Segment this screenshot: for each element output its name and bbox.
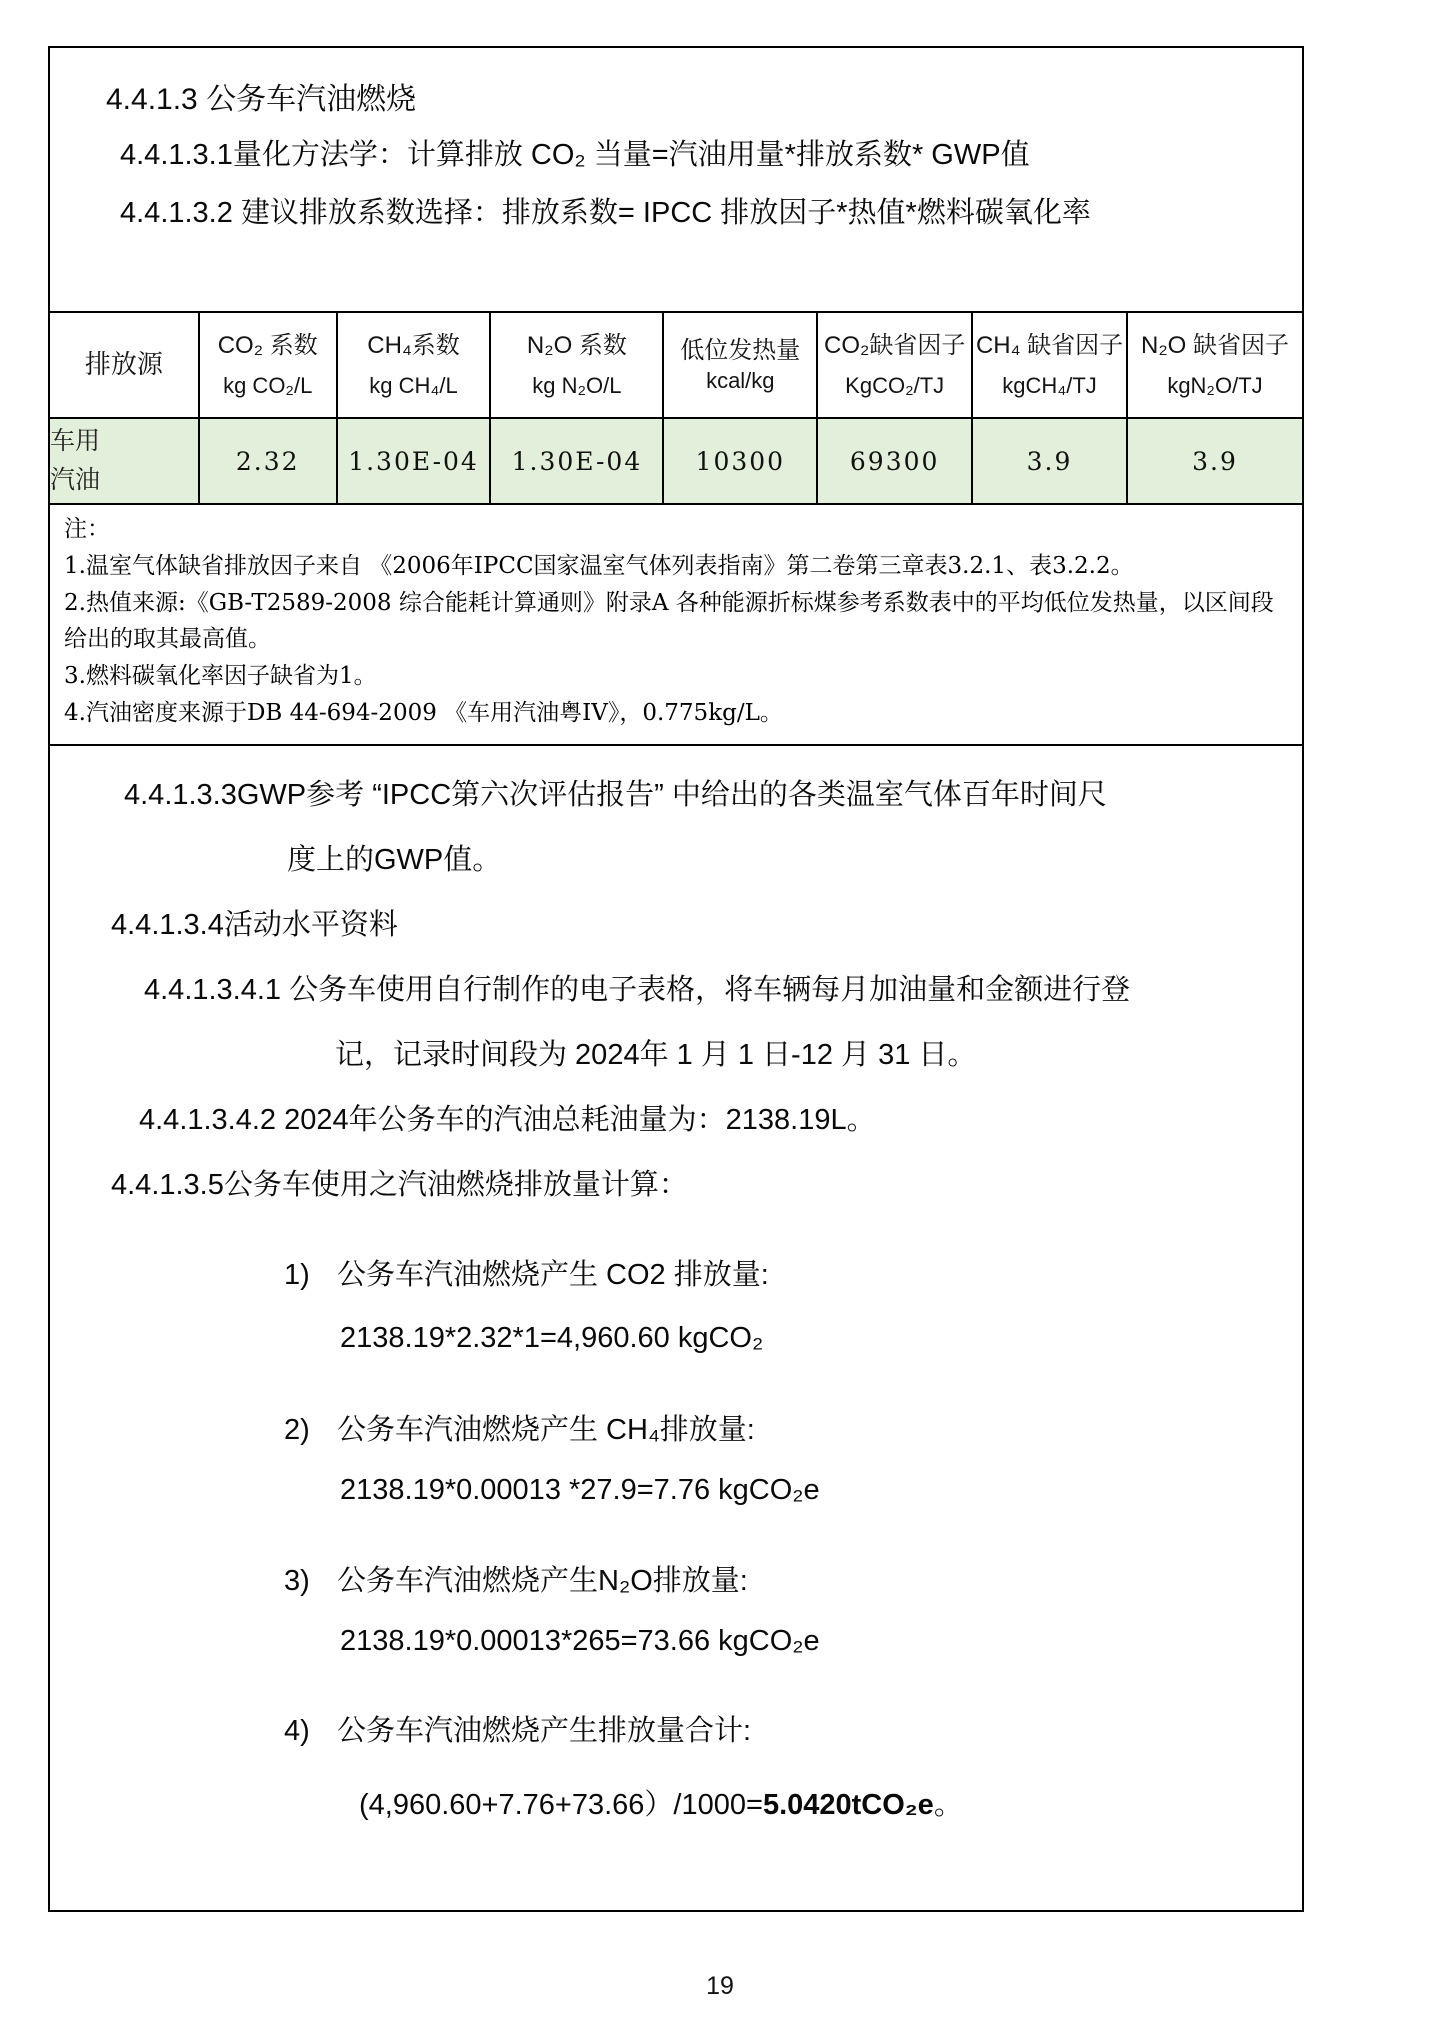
col-unit: kcal/kg — [666, 369, 814, 393]
note-item-3: 3.燃料碳氧化率因子缺省为1。 — [64, 658, 1288, 695]
calc-item-2: 2)公务车汽油燃烧产生 CH₄排放量: — [284, 1407, 755, 1448]
col-name: CH₄系数 — [340, 332, 488, 361]
table-notes-row: 注： 1.温室气体缺省排放因子来自 《2006年IPCC国家温室气体列表指南》第… — [49, 504, 1303, 745]
source-line1: 车用 — [50, 422, 198, 461]
cell-n2o-factor: 1.30E-04 — [490, 418, 663, 504]
col-header-co2-default: CO₂缺省因子 KgCO₂/TJ — [817, 312, 972, 418]
col-header-n2o-factor: N₂O 系数 kg N₂O/L — [490, 312, 663, 418]
col-unit: kg CH₄/L — [340, 374, 488, 398]
section-heading-44132: 4.4.1.3.2 建议排放系数选择：排放系数= IPCC 排放因子*热值*燃料… — [120, 190, 1091, 231]
total-formula-suffix: 。 — [934, 1789, 963, 1821]
notes-label: 注： — [64, 511, 1288, 548]
cell-co2-factor: 2.32 — [199, 418, 337, 504]
paragraph-441341-line2: 记，记录时间段为 2024年 1 月 1 日-12 月 31 日。 — [335, 1032, 976, 1073]
notes-cell: 注： 1.温室气体缺省排放因子来自 《2006年IPCC国家温室气体列表指南》第… — [49, 504, 1303, 745]
col-name: CH₄ 缺省因子 — [975, 332, 1124, 361]
calc-item-4-formula: (4,960.60+7.76+73.66）/1000=5.0420tCO₂e。 — [359, 1782, 963, 1823]
section-heading-44135: 4.4.1.3.5公务车使用之汽油燃烧排放量计算： — [111, 1162, 688, 1203]
section-heading-4413: 4.4.1.3 公务车汽油燃烧 — [106, 74, 416, 118]
cell-ch4-factor: 1.30E-04 — [337, 418, 491, 504]
total-emissions-value: 5.0420tCO₂e — [763, 1789, 934, 1821]
paragraph-44133-line1: 4.4.1.3.3GWP参考 “IPCC第六次评估报告” 中给出的各类温室气体百… — [124, 772, 1107, 813]
paragraph-441341-line1: 4.4.1.3.4.1 公务车使用自行制作的电子表格，将车辆每月加油量和金额进行… — [144, 967, 1130, 1008]
col-name: 低位发热量 — [666, 337, 814, 366]
table-row-vehicle-gasoline: 车用 汽油 2.32 1.30E-04 1.30E-04 10300 69300… — [49, 418, 1303, 504]
cell-n2o-default: 3.9 — [1127, 418, 1303, 504]
note-item-2: 2.热值来源:《GB-T2589-2008 综合能耗计算通则》附录A 各种能源折… — [64, 585, 1288, 659]
col-header-emission-source: 排放源 — [49, 312, 199, 418]
col-name: 排放源 — [52, 349, 196, 380]
cell-heating-value: 10300 — [663, 418, 817, 504]
col-unit: kgCH₄/TJ — [975, 374, 1124, 398]
calc-item-2-title: 公务车汽油燃烧产生 CH₄排放量: — [337, 1414, 755, 1446]
paragraph-441342: 4.4.1.3.4.2 2024年公务车的汽油总耗油量为：2138.19L。 — [139, 1097, 876, 1138]
calc-item-3-formula: 2138.19*0.00013*265=73.66 kgCO₂e — [340, 1625, 820, 1658]
content-border-box: 4.4.1.3 公务车汽油燃烧 4.4.1.3.1量化方法学：计算排放 CO₂ … — [48, 46, 1304, 1912]
note-item-4: 4.汽油密度来源于DB 44-694-2009 《车用汽油粤IV》，0.775k… — [64, 695, 1288, 732]
col-unit: kgN₂O/TJ — [1130, 374, 1300, 398]
calc-item-1: 1)公务车汽油燃烧产生 CO2 排放量: — [284, 1252, 769, 1293]
calc-item-4-title: 公务车汽油燃烧产生排放量合计: — [337, 1715, 751, 1747]
col-unit: KgCO₂/TJ — [820, 374, 969, 398]
emission-factors-table: 排放源 CO₂ 系数 kg CO₂/L CH₄系数 kg CH₄/L N₂O 系… — [48, 311, 1304, 746]
col-name: CO₂缺省因子 — [820, 332, 969, 361]
calc-item-2-number: 2) — [284, 1414, 337, 1447]
document-page: 4.4.1.3 公务车汽油燃烧 4.4.1.3.1量化方法学：计算排放 CO₂ … — [0, 0, 1440, 2036]
col-unit: kg CO₂/L — [202, 374, 334, 398]
source-line2: 汽油 — [50, 461, 198, 500]
section-heading-44134: 4.4.1.3.4活动水平资料 — [111, 902, 398, 943]
calc-item-4: 4)公务车汽油燃烧产生排放量合计: — [284, 1708, 751, 1749]
page-number: 19 — [0, 1972, 1440, 2001]
calc-item-4-number: 4) — [284, 1715, 337, 1748]
col-header-ch4-default: CH₄ 缺省因子 kgCH₄/TJ — [972, 312, 1127, 418]
col-header-co2-factor: CO₂ 系数 kg CO₂/L — [199, 312, 337, 418]
calc-item-3-number: 3) — [284, 1565, 337, 1598]
cell-co2-default: 69300 — [817, 418, 972, 504]
note-item-1: 1.温室气体缺省排放因子来自 《2006年IPCC国家温室气体列表指南》第二卷第… — [64, 548, 1288, 585]
calc-item-1-title: 公务车汽油燃烧产生 CO2 排放量: — [337, 1259, 769, 1291]
col-name: CO₂ 系数 — [202, 332, 334, 361]
calc-item-1-formula: 2138.19*2.32*1=4,960.60 kgCO₂ — [340, 1322, 763, 1355]
col-name: N₂O 系数 — [493, 332, 660, 361]
col-name: N₂O 缺省因子 — [1130, 332, 1300, 361]
cell-emission-source: 车用 汽油 — [49, 418, 199, 504]
calc-item-1-number: 1) — [284, 1259, 337, 1292]
paragraph-44133-line2: 度上的GWP值。 — [287, 837, 501, 878]
col-unit: kg N₂O/L — [493, 374, 660, 398]
calc-item-3: 3)公务车汽油燃烧产生N₂O排放量: — [284, 1558, 748, 1599]
cell-ch4-default: 3.9 — [972, 418, 1127, 504]
col-header-n2o-default: N₂O 缺省因子 kgN₂O/TJ — [1127, 312, 1303, 418]
col-header-ch4-factor: CH₄系数 kg CH₄/L — [337, 312, 491, 418]
total-formula-prefix: (4,960.60+7.76+73.66）/1000= — [359, 1789, 763, 1821]
calc-item-3-title: 公务车汽油燃烧产生N₂O排放量: — [337, 1565, 748, 1597]
table-header-row: 排放源 CO₂ 系数 kg CO₂/L CH₄系数 kg CH₄/L N₂O 系… — [49, 312, 1303, 418]
col-header-heating-value: 低位发热量 kcal/kg — [663, 312, 817, 418]
section-heading-44131: 4.4.1.3.1量化方法学：计算排放 CO₂ 当量=汽油用量*排放系数* GW… — [120, 132, 1030, 173]
calc-item-2-formula: 2138.19*0.00013 *27.9=7.76 kgCO₂e — [340, 1474, 820, 1507]
